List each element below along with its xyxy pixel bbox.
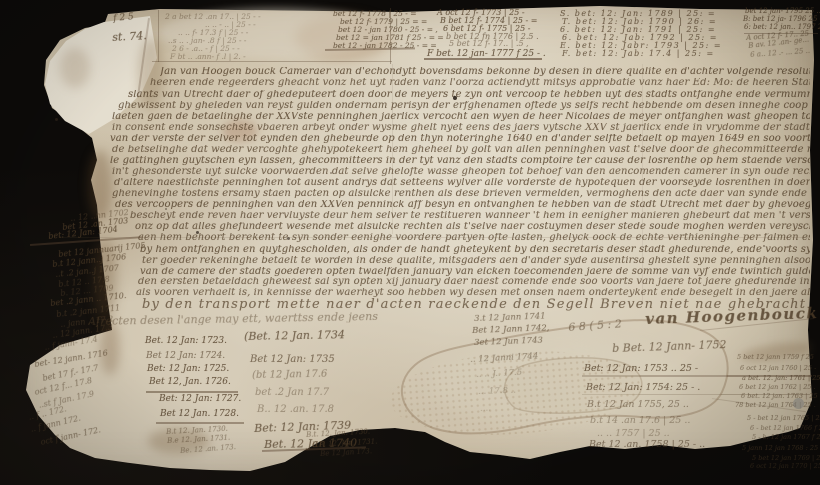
- deed-body-text: heeren ende regeerders gheacht vonz het …: [150, 78, 810, 88]
- top-receipts-col3: F bet. 12 jan- 1777 f 25 - .: [427, 50, 546, 59]
- deed-body-text: slants van Utrecht daer of ghedeputeert …: [128, 90, 810, 100]
- top-receipts-col1: F bt .. .ann- f .l | 2. -: [170, 53, 246, 61]
- bottom-mid-receipts: bet .2 Jan 17.7: [255, 388, 329, 398]
- deed-body-text: le gattinghen guytschen eyn lassen, ghec…: [110, 156, 810, 166]
- ink-rule-line: [146, 391, 238, 393]
- top-receipts-col5: bet 12 jan- 1795 25 ..: [745, 8, 820, 15]
- mid-right-receipts: ... 17.8 ..: [478, 387, 516, 397]
- bottom-left-receipts: Bet 12, Jan. 1726.: [149, 378, 231, 387]
- deed-body-text: in't ghesonderste uyt sulcke voorwaerden…: [112, 167, 810, 177]
- far-right-receipts: 6 bet 12 jan 1762 | 25 .: [739, 384, 816, 391]
- far-right-receipts: a bet. 12. jan: 1761 | 25 -: [742, 375, 820, 382]
- ink-rule-line: [158, 10, 159, 62]
- deed-body-text: laeten gaen de betaelinghe der XXVste pe…: [112, 112, 810, 122]
- top-receipts-col3: 5 bet 12 f- 17.. | .5 ,: [449, 40, 529, 48]
- mid-right-receipts: .. .. J.. 17.5: [476, 369, 522, 380]
- bottom-mid-receipts: Be 12 Jan 173.: [320, 448, 372, 458]
- far-right-receipts: 6 - bet 12 jan 1766 f 25: [750, 425, 820, 432]
- top-receipts-col2: bet 12 - jan 1782 - 25 - = =: [333, 42, 437, 50]
- fee-mark: f 2 5: [113, 13, 134, 24]
- deed-body-text: onz op dat alles ghefundeert wesende met…: [135, 222, 810, 232]
- bottom-left-receipts: Bet: 12 Jan: 1725.: [147, 365, 229, 374]
- far-right-receipts: 5 bet 12 jann 1759 f 25: [737, 354, 814, 361]
- deed-body-text: des vercoopers de penninghen van den XXV…: [115, 200, 810, 210]
- deed-body-text: als vooren verhaelt is, in kennisse der …: [136, 288, 810, 298]
- top-receipts-col5: B: bet 12 ja- 1796 25 -: [743, 16, 820, 23]
- right-receipts: Bet 12 .an. 1758 | 25 - ..: [589, 440, 705, 450]
- deed-body-text: by hem ontfanghen en quytghescholden, al…: [140, 245, 810, 255]
- right-receipts: .. .. 1757 | 25 ..: [597, 429, 670, 439]
- signature-block: 6 8 ( 5 : 2: [568, 318, 622, 333]
- deed-body-text: ghenevinghe tostens ersamy staen pacten …: [112, 189, 810, 199]
- bottom-left-receipts: Bet 12 Jan. 1728.: [160, 410, 239, 419]
- far-right-receipts: 5 bet 12 jan 1769 | 25: [752, 455, 820, 462]
- deed-body-text: ghewissent by gheleden van reyst gulden …: [118, 101, 810, 111]
- right-receipts: Bet: 12 Jan: 1753 .. 25 -: [584, 364, 698, 374]
- deed-body-text: in consent ende sonsechste vbaeren arbey…: [112, 123, 810, 133]
- ink-rule-line: [152, 61, 392, 62]
- bottom-mid-receipts: (bt 12 Jan 17.6: [252, 370, 327, 381]
- far-right-receipts: 5 jann 12 jan 1768 : 25 -: [742, 445, 820, 452]
- far-right-receipts: 6 oct 12 jan 1760 | 25 -: [740, 365, 816, 372]
- deed-body-text: aen hem behoort berekent te syn sonder e…: [138, 233, 810, 243]
- right-receipts: b.t 14 .an 17.6 | 25 ..: [590, 416, 690, 426]
- ink-speck: [55, 118, 58, 121]
- deed-body-text: de betselinghe dat weder vercoghte ghehy…: [112, 145, 810, 155]
- bottom-mid-receipts: (Bet. 12 Jan. 1734: [244, 329, 345, 342]
- bottom-left-receipts: Bet: 12 Jan: 1727.: [159, 395, 241, 404]
- bottom-left-receipts: Bet. 12 Jan: 1723.: [145, 337, 227, 346]
- bottom-left-receipts: Bet 12 Jan: 1724.: [146, 352, 225, 361]
- far-right-receipts: 5 - b. 12 jan 1767 f 25: [752, 434, 820, 441]
- bottom-mid-receipts: Bet 12 Jan: 1735: [250, 355, 335, 365]
- deed-body-text: ter goeder rekeninghe betaelt te worden …: [142, 256, 810, 266]
- deed-body-text: bescheyt ende reven haer vervluyste deur…: [130, 211, 810, 221]
- ink-rule-line: [156, 422, 244, 424]
- deed-body-text: van der verste der selver tot eynden den…: [110, 134, 810, 144]
- far-right-receipts: 6 bet. 12 jan. 1763 | 25 .: [741, 393, 820, 400]
- top-receipts-col4: F. bet: 12: Jab: 17.4 | 25: =: [562, 50, 715, 58]
- right-receipts: B.t 12 Jan 1755, 25 ..: [587, 400, 689, 410]
- deed-body-text: d'altere naestlichste penninghen tot aus…: [114, 178, 810, 188]
- deed-body-text: van de camere der stadts goederen opten …: [140, 267, 810, 277]
- folio-number-mark: st. 74.: [112, 30, 147, 43]
- deed-body-text: den eersten betaeldach gheweest sal syn …: [138, 277, 810, 287]
- photograph-of-parchment-deed: f 2 5 st. 74. 2 a bet 12 .an 17.. | 25 -…: [0, 0, 820, 485]
- deed-body-text: Jan van Hoogen bouck Cameraer van d'echo…: [160, 67, 810, 77]
- bottom-mid-receipts: B.. 12 .an. 17.8: [257, 405, 334, 415]
- right-receipts: Bet: 12 Jan: 1754: 25 - .: [586, 383, 700, 393]
- far-right-receipts: 5 - bet 12 jan 1765 | 25: [747, 415, 820, 422]
- mid-right-receipts: 3et 12 Jun 1743: [474, 337, 543, 348]
- far-right-receipts: 6 oct 12 jan 1770 | 25: [750, 463, 820, 470]
- far-right-receipts: 78 bet 12 jan 1764 | 25 .: [735, 402, 816, 409]
- mid-right-receipts: ....: [480, 405, 491, 414]
